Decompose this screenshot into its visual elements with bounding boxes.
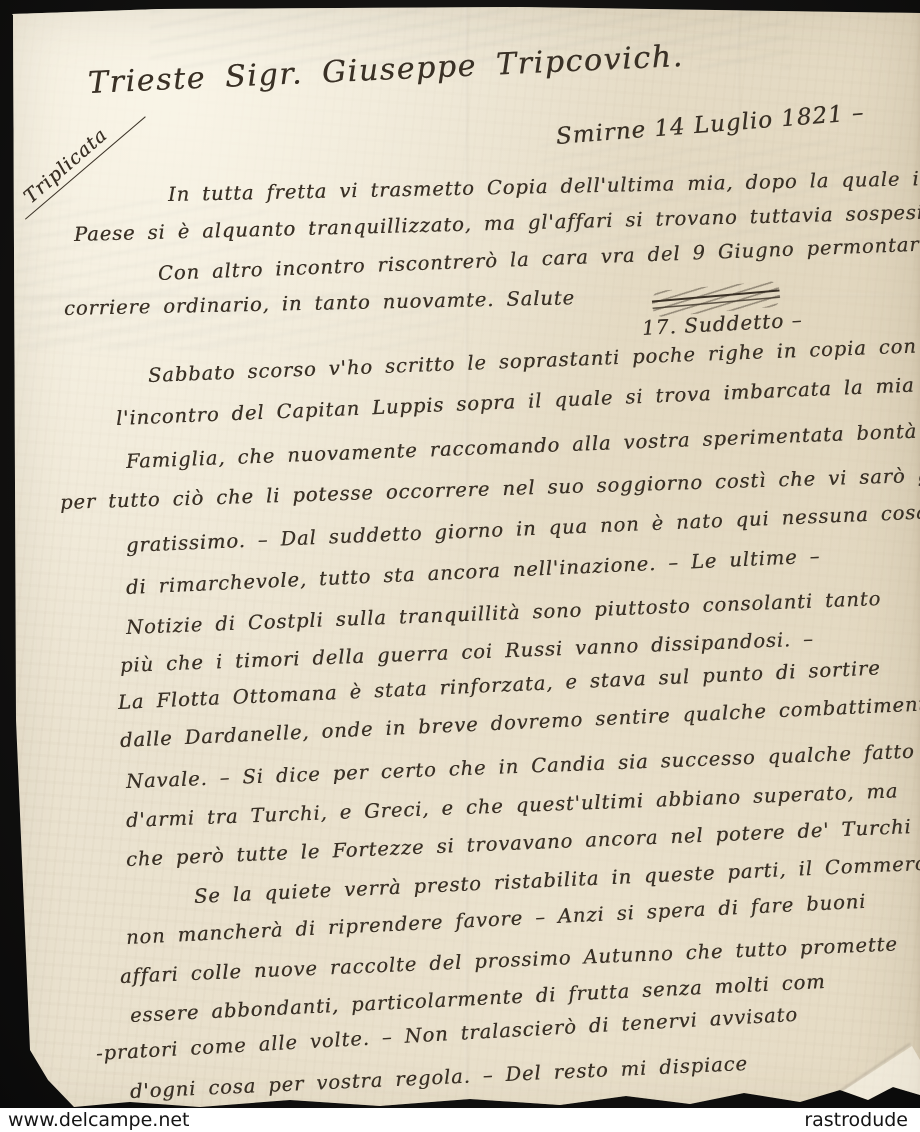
scanned-letter: Triplicata Trieste Sigr. Giuseppe Tripco… [0, 0, 920, 1132]
fold-crease [465, 0, 468, 1100]
handwritten-line: Famiglia, che nuovamente raccomando alla… [126, 420, 918, 473]
watermark-seller-text: rastrodude [804, 1108, 920, 1132]
addressee-line: Trieste Sigr. Giuseppe Tripcovich. [87, 39, 684, 101]
watermark-bar: www.delcampe.net rastrodude [0, 1108, 920, 1132]
watermark-site-text: www.delcampe.net [0, 1108, 190, 1132]
dateline: Smirne 14 Luglio 1821 – [555, 100, 865, 150]
handwritten-line: d'ogni cosa per vostra regola. – Del res… [129, 1052, 748, 1103]
corner-fold-crease [825, 1043, 911, 1102]
margin-annotation: Triplicata [20, 124, 112, 208]
handwritten-line: corriere ordinario, in tanto nuovamte. S… [64, 286, 575, 320]
letter-paper: Triplicata Trieste Sigr. Giuseppe Tripco… [0, 0, 920, 1132]
handwritten-line: In tutta fretta vi trasmetto Copia dell'… [168, 166, 920, 206]
fold-crease [737, 0, 740, 320]
